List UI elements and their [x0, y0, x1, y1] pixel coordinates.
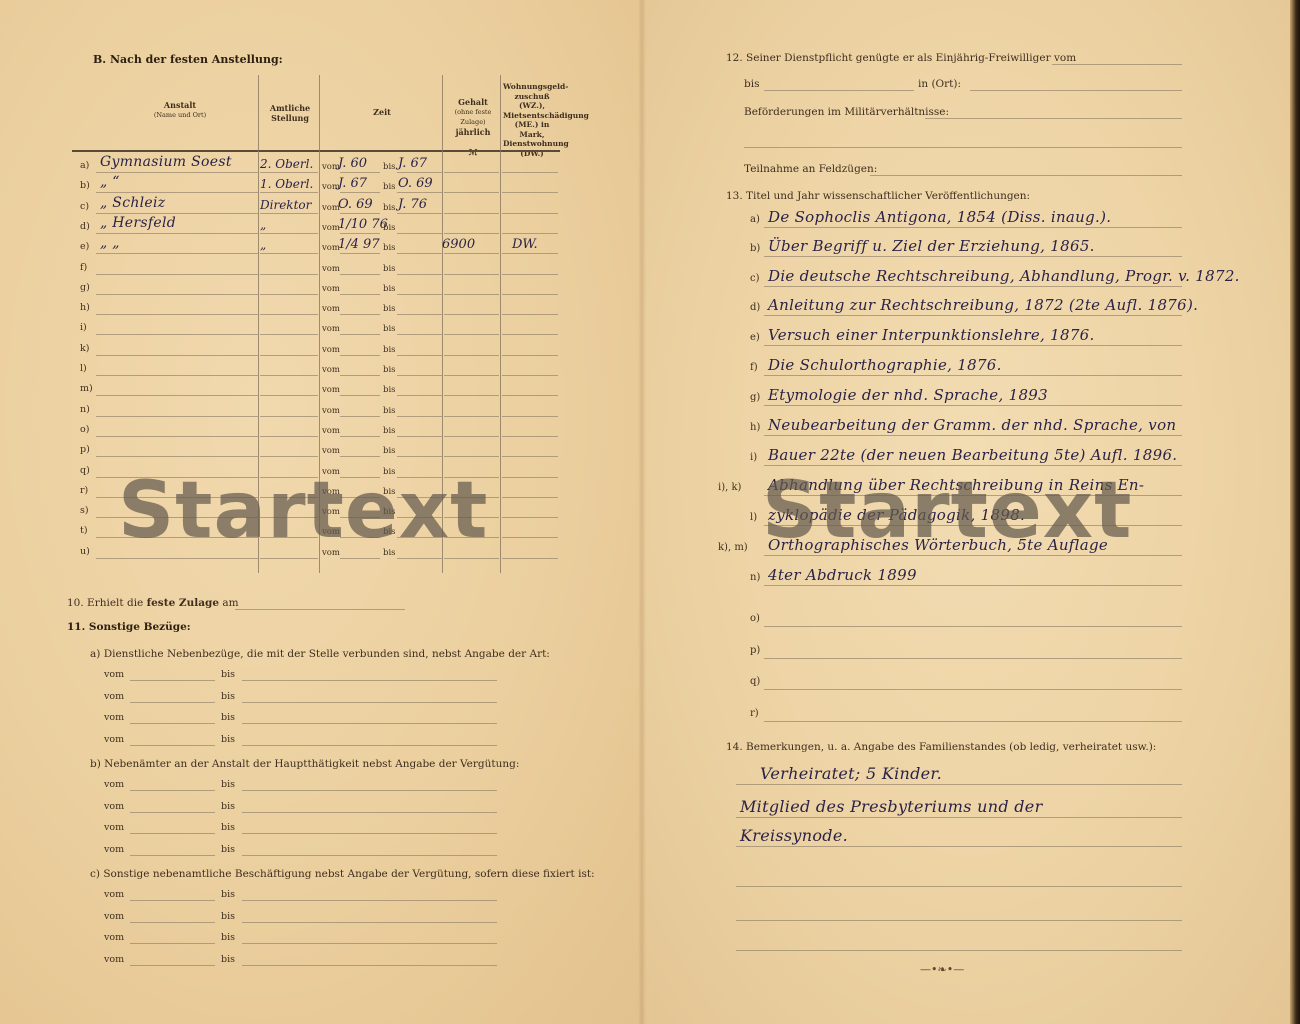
gehalt-field[interactable]: [444, 192, 499, 193]
bis-field[interactable]: [242, 812, 497, 813]
anstalt-field[interactable]: [96, 416, 258, 417]
col-anstalt-label: Anstalt: [164, 100, 196, 110]
bis-label: bis: [383, 304, 396, 314]
pub-label: i): [750, 452, 757, 463]
gehalt-field[interactable]: [444, 334, 499, 335]
item10-bold: feste Zulage: [147, 597, 219, 609]
bis-label: bis: [383, 406, 396, 416]
bis-label: bis: [383, 203, 396, 213]
item13-heading: 13. Titel und Jahr wissenschaftlicher Ve…: [726, 190, 1030, 202]
row-label: b): [80, 180, 90, 191]
gehalt-field[interactable]: [444, 253, 499, 254]
stellung-value: 2. Oberl.: [260, 157, 313, 171]
wohnung-field[interactable]: [502, 314, 558, 315]
vom-label: vom: [104, 889, 124, 900]
stellung-field[interactable]: [260, 314, 318, 315]
row-label: h): [80, 302, 90, 313]
stellung-field[interactable]: [260, 334, 318, 335]
wohnung-field[interactable]: [502, 213, 558, 214]
anstalt-value: Gymnasium Soest: [100, 154, 232, 170]
anstalt-value: „ “: [100, 174, 120, 190]
col-zeit-header: Zeit: [322, 107, 442, 117]
befoerderungen-field[interactable]: [925, 118, 1182, 119]
bis-label: bis: [383, 345, 396, 355]
pub-field[interactable]: [764, 435, 1182, 436]
bis-field[interactable]: [242, 790, 497, 791]
vom-field[interactable]: [340, 233, 380, 234]
vom-label: vom: [104, 734, 124, 745]
pub-value: Bauer 22te (der neuen Bearbeitung 5te) A…: [768, 446, 1177, 464]
anstalt-field[interactable]: [96, 253, 258, 254]
pub-label: g): [750, 392, 760, 403]
vom-field[interactable]: [130, 723, 215, 724]
vom-field[interactable]: [340, 416, 380, 417]
anstalt-field[interactable]: [96, 395, 258, 396]
bis-field[interactable]: [242, 922, 497, 923]
col-wohnung-header: Wohnungsgeld-zuschuß (WZ.), Mietsentschä…: [503, 82, 561, 158]
col-stellung-header: Amtliche Stellung: [262, 103, 318, 123]
item12-ort-label: in (Ort):: [918, 78, 961, 90]
vom-field[interactable]: [130, 922, 215, 923]
anstalt-field[interactable]: [96, 192, 258, 193]
pub-value: Etymologie der nhd. Sprache, 1893: [768, 386, 1048, 404]
bis-label: bis: [383, 426, 396, 436]
bis-label: bis: [221, 932, 235, 943]
wohnung-field[interactable]: [502, 497, 558, 498]
pub-label: a): [750, 214, 760, 225]
vom-field[interactable]: [340, 213, 380, 214]
item10-prefix: 10. Erhielt die: [67, 597, 147, 609]
wohnung-value: DW.: [512, 237, 538, 252]
vom-label: vom: [322, 284, 340, 294]
pub-label: q): [750, 676, 760, 687]
bis-label: bis: [221, 954, 235, 965]
anstalt-field[interactable]: [96, 436, 258, 437]
pub-label: r): [750, 708, 759, 719]
bis-field[interactable]: [242, 702, 497, 703]
bis-label: bis: [221, 844, 235, 855]
wohnung-field[interactable]: [502, 456, 558, 457]
pub-field[interactable]: [764, 626, 1182, 627]
page-gutter: [638, 0, 646, 1024]
item12-line1: 12. Seiner Dienstpflicht genügte er als …: [726, 52, 1076, 64]
wohnung-field[interactable]: [502, 416, 558, 417]
vom-label: vom: [104, 844, 124, 855]
feldzuege-field[interactable]: [870, 175, 1182, 176]
item12-bis-field[interactable]: [764, 90, 914, 91]
bis-field[interactable]: [242, 833, 497, 834]
vom-label: vom: [322, 345, 340, 355]
anstalt-field[interactable]: [96, 213, 258, 214]
pub-field[interactable]: [764, 315, 1182, 316]
vom-field[interactable]: [130, 943, 215, 944]
pub-label: n): [750, 572, 760, 583]
item10-field[interactable]: [235, 609, 405, 610]
wohnung-field[interactable]: [502, 334, 558, 335]
vom-label: vom: [322, 446, 340, 456]
bis-label: bis: [383, 324, 396, 334]
vom-field[interactable]: [130, 702, 215, 703]
vom-field[interactable]: [130, 812, 215, 813]
bis-value: O. 69: [398, 176, 433, 191]
anstalt-field[interactable]: [96, 375, 258, 376]
pub-label: b): [750, 243, 760, 254]
bis-field[interactable]: [397, 375, 442, 376]
pub-value: Versuch einer Interpunktionslehre, 1876.: [768, 326, 1095, 344]
bis-label: bis: [383, 264, 396, 274]
anstalt-field[interactable]: [96, 355, 258, 356]
bis-label: bis: [221, 669, 235, 680]
stellung-field[interactable]: [260, 436, 318, 437]
stellung-field[interactable]: [260, 558, 318, 559]
anstalt-field[interactable]: [96, 172, 258, 173]
stellung-field[interactable]: [260, 233, 318, 234]
stellung-value: „: [260, 238, 266, 252]
vom-field[interactable]: [130, 680, 215, 681]
vom-field[interactable]: [130, 965, 215, 966]
item10-label: 10. Erhielt die feste Zulage am: [67, 597, 239, 609]
bis-field[interactable]: [397, 416, 442, 417]
stellung-field[interactable]: [260, 253, 318, 254]
vom-field[interactable]: [340, 294, 380, 295]
bis-field[interactable]: [397, 395, 442, 396]
pub-value: De Sophoclis Antigona, 1854 (Diss. inaug…: [768, 208, 1111, 226]
stellung-value: „: [260, 218, 266, 232]
gehalt-field[interactable]: [444, 416, 499, 417]
vom-label: vom: [104, 801, 124, 812]
wohnung-field[interactable]: [502, 172, 558, 173]
row-label: m): [80, 383, 93, 394]
pub-label: e): [750, 332, 760, 343]
bis-field[interactable]: [242, 943, 497, 944]
pub-field[interactable]: [764, 375, 1182, 376]
bis-field[interactable]: [242, 745, 497, 746]
anstalt-value: „ Schleiz: [100, 195, 165, 211]
item14-heading: 14. Bemerkungen, u. a. Angabe des Famili…: [726, 741, 1156, 753]
anstalt-field[interactable]: [96, 456, 258, 457]
stellung-field[interactable]: [260, 416, 318, 417]
gehalt-field[interactable]: [444, 172, 499, 173]
pub-field[interactable]: [764, 227, 1182, 228]
bis-field[interactable]: [397, 274, 442, 275]
vom-label: vom: [104, 712, 124, 723]
item11a-label: a) Dienstliche Nebenbezüge, die mit der …: [90, 648, 550, 660]
feldzuege-label: Teilnahme an Feldzügen:: [744, 163, 877, 175]
bis-field[interactable]: [397, 253, 442, 254]
vom-field[interactable]: [340, 253, 380, 254]
stellung-field[interactable]: [260, 395, 318, 396]
bis-field[interactable]: [397, 192, 442, 193]
vom-label: vom: [104, 669, 124, 680]
gehalt-field[interactable]: [444, 294, 499, 295]
gehalt-field[interactable]: [444, 274, 499, 275]
gehalt-field[interactable]: [444, 456, 499, 457]
row-label: a): [80, 160, 89, 171]
anstalt-field[interactable]: [96, 558, 258, 559]
vom-field[interactable]: [340, 172, 380, 173]
bis-label: bis: [383, 446, 396, 456]
gehalt-field[interactable]: [444, 375, 499, 376]
pub-label: f): [750, 362, 758, 373]
row-label: p): [80, 444, 90, 455]
row-label: u): [80, 546, 90, 557]
vom-label: vom: [104, 932, 124, 943]
pub-field[interactable]: [764, 658, 1182, 659]
bis-label: bis: [383, 162, 396, 172]
pub-value: Die deutsche Rechtschreibung, Abhandlung…: [768, 267, 1240, 285]
vom-label: vom: [322, 324, 340, 334]
col-gehalt-yearly: jährlich: [456, 127, 491, 137]
vom-label: vom: [322, 385, 340, 395]
stellung-value: Direktor: [260, 198, 311, 212]
bis-field[interactable]: [397, 334, 442, 335]
gehalt-field[interactable]: [444, 213, 499, 214]
wohnung-field[interactable]: [502, 537, 558, 538]
wohnung-field[interactable]: [502, 192, 558, 193]
gehalt-field[interactable]: [444, 395, 499, 396]
header-rule: [72, 150, 560, 152]
bis-field[interactable]: [242, 855, 497, 856]
stellung-field[interactable]: [260, 294, 318, 295]
bis-label: bis: [221, 801, 235, 812]
bis-label: bis: [383, 365, 396, 375]
bis-field[interactable]: [397, 233, 442, 234]
remarks-field[interactable]: [736, 886, 1182, 887]
befoerderungen-field-2[interactable]: [744, 147, 1182, 148]
bis-label: bis: [383, 182, 396, 192]
remarks-value: Mitglied des Presbyteriums und der: [740, 797, 1043, 816]
vom-label: vom: [322, 426, 340, 436]
vom-field[interactable]: [130, 900, 215, 901]
item12-ort-field[interactable]: [970, 90, 1182, 91]
remarks-value: Kreissynode.: [740, 826, 848, 845]
row-label: f): [80, 262, 87, 273]
bis-label: bis: [383, 284, 396, 294]
bis-field[interactable]: [397, 294, 442, 295]
vom-field[interactable]: [340, 436, 380, 437]
gehalt-field[interactable]: [444, 558, 499, 559]
vom-field[interactable]: [340, 334, 380, 335]
bis-label: bis: [383, 385, 396, 395]
pub-value: Neubearbeitung der Gramm. der nhd. Sprac…: [768, 416, 1176, 434]
vom-label: vom: [322, 264, 340, 274]
bis-label: bis: [221, 779, 235, 790]
vom-field[interactable]: [340, 558, 380, 559]
vom-field[interactable]: [340, 375, 380, 376]
stellung-field[interactable]: [260, 355, 318, 356]
pub-value: Anleitung zur Rechtschreibung, 1872 (2te…: [768, 296, 1198, 314]
gehalt-field[interactable]: [444, 233, 499, 234]
bis-label: bis: [221, 734, 235, 745]
pub-label: l): [750, 512, 757, 523]
bis-label: bis: [221, 889, 235, 900]
anstalt-field[interactable]: [96, 294, 258, 295]
bis-field[interactable]: [242, 900, 497, 901]
row-label: c): [80, 201, 89, 212]
vom-value: J. 67: [338, 176, 367, 191]
item11-heading: 11. Sonstige Bezüge:: [67, 621, 191, 633]
stellung-field[interactable]: [260, 192, 318, 193]
watermark-right: Startext: [762, 472, 1132, 550]
item12-bis-label: bis: [744, 78, 759, 90]
bis-field[interactable]: [397, 355, 442, 356]
vom-label: vom: [104, 779, 124, 790]
anstalt-value: „ Hersfeld: [100, 215, 176, 231]
bis-field[interactable]: [397, 558, 442, 559]
vom-field[interactable]: [130, 833, 215, 834]
vom-label: vom: [322, 304, 340, 314]
stellung-field[interactable]: [260, 213, 318, 214]
anstalt-field[interactable]: [96, 334, 258, 335]
vom-field[interactable]: [340, 192, 380, 193]
bis-field[interactable]: [397, 314, 442, 315]
vom-value: 1/4 97: [338, 237, 380, 252]
bis-field[interactable]: [397, 213, 442, 214]
vom-value: 1/10 76: [338, 217, 388, 232]
bis-field[interactable]: [397, 456, 442, 457]
wohnung-field[interactable]: [502, 477, 558, 478]
bis-field[interactable]: [242, 965, 497, 966]
pub-value: Die Schulorthographie, 1876.: [768, 356, 1002, 374]
wohnung-field[interactable]: [502, 294, 558, 295]
col-gehalt-header: Gehalt (ohne feste Zulage) jährlich ℳ: [444, 97, 502, 157]
col-anstalt-sub: (Name und Ort): [100, 110, 260, 120]
bis-value: J. 76: [398, 197, 427, 212]
section-b-heading: B. Nach der festen Anstellung:: [93, 53, 283, 66]
anstalt-value: „ „: [100, 235, 120, 251]
pub-field[interactable]: [764, 256, 1182, 257]
bis-label: bis: [383, 243, 396, 253]
pub-value: 4ter Abdruck 1899: [768, 566, 917, 584]
wohnung-field[interactable]: [502, 558, 558, 559]
vom-value: O. 69: [338, 197, 373, 212]
row-label: i): [80, 322, 87, 333]
bis-label: bis: [221, 712, 235, 723]
vom-field[interactable]: [340, 355, 380, 356]
col-anstalt-header: Anstalt (Name und Ort): [100, 100, 260, 120]
vom-field[interactable]: [340, 395, 380, 396]
row-label: d): [80, 221, 90, 232]
remarks-field[interactable]: [736, 817, 1182, 818]
pub-field[interactable]: [764, 286, 1182, 287]
pub-label: p): [750, 645, 760, 656]
wohnung-field[interactable]: [502, 355, 558, 356]
bis-label: bis: [221, 822, 235, 833]
item12-vom-field[interactable]: [1052, 64, 1182, 65]
item11c-label: c) Sonstige nebenamtliche Beschäftigung …: [90, 868, 595, 880]
item11b-label: b) Nebenämter an der Anstalt der Hauptth…: [90, 758, 519, 770]
row-label: r): [80, 485, 88, 496]
pub-label: h): [750, 422, 760, 433]
wohnung-field[interactable]: [502, 436, 558, 437]
row-label: n): [80, 404, 90, 415]
pub-field[interactable]: [764, 345, 1182, 346]
vom-field[interactable]: [340, 274, 380, 275]
row-label: k): [80, 343, 89, 354]
vom-label: vom: [104, 954, 124, 965]
wohnung-field[interactable]: [502, 274, 558, 275]
vom-field[interactable]: [130, 855, 215, 856]
mark-symbol: ℳ: [469, 147, 478, 157]
gehalt-field[interactable]: [444, 355, 499, 356]
row-label: q): [80, 465, 90, 476]
wohnung-field[interactable]: [502, 517, 558, 518]
pub-field[interactable]: [764, 721, 1182, 722]
wohnung-field[interactable]: [502, 375, 558, 376]
pub-field[interactable]: [764, 405, 1182, 406]
vom-field[interactable]: [130, 790, 215, 791]
remarks-value: Verheiratet; 5 Kinder.: [760, 764, 942, 783]
row-label: l): [80, 363, 87, 374]
stellung-value: 1. Oberl.: [260, 177, 313, 191]
stellung-field[interactable]: [260, 456, 318, 457]
vom-label: vom: [322, 365, 340, 375]
col-gehalt-sub: (ohne feste Zulage): [444, 107, 502, 127]
vom-label: vom: [104, 691, 124, 702]
stellung-field[interactable]: [260, 375, 318, 376]
pub-value: Über Begriff u. Ziel der Erziehung, 1865…: [768, 237, 1095, 255]
row-label: t): [80, 525, 88, 536]
remarks-field[interactable]: [736, 784, 1182, 785]
row-label: e): [80, 241, 89, 252]
vom-label: vom: [322, 406, 340, 416]
bis-label: bis: [221, 911, 235, 922]
vom-label: vom: [104, 822, 124, 833]
pub-field[interactable]: [764, 689, 1182, 690]
stellung-field[interactable]: [260, 274, 318, 275]
ornament-divider: —•❧•—: [920, 963, 964, 976]
anstalt-field[interactable]: [96, 314, 258, 315]
remarks-field[interactable]: [736, 920, 1182, 921]
pub-label: o): [750, 613, 760, 624]
col-divider: [500, 75, 501, 573]
page-edge: [1290, 0, 1300, 1024]
bis-field[interactable]: [397, 436, 442, 437]
vom-field[interactable]: [340, 314, 380, 315]
bis-field[interactable]: [242, 723, 497, 724]
pub-label: d): [750, 302, 760, 313]
wohnung-field[interactable]: [502, 253, 558, 254]
bis-label: bis: [221, 691, 235, 702]
vom-field[interactable]: [340, 456, 380, 457]
row-label: g): [80, 282, 90, 293]
row-label: s): [80, 505, 89, 516]
pub-field[interactable]: [764, 585, 1182, 586]
pub-label: c): [750, 273, 760, 284]
pub-label: k), m): [718, 542, 748, 553]
bis-value: J. 67: [398, 156, 427, 171]
bis-field[interactable]: [242, 680, 497, 681]
anstalt-field[interactable]: [96, 233, 258, 234]
item10-suffix: am: [219, 597, 239, 609]
wohnung-field[interactable]: [502, 233, 558, 234]
gehalt-field[interactable]: [444, 314, 499, 315]
remarks-field[interactable]: [736, 846, 1182, 847]
wohnung-field[interactable]: [502, 395, 558, 396]
vom-field[interactable]: [130, 745, 215, 746]
pub-label: i), k): [718, 482, 741, 493]
watermark-left: Startext: [118, 472, 488, 550]
row-label: o): [80, 424, 89, 435]
col-gehalt-label: Gehalt: [458, 97, 488, 107]
bis-field[interactable]: [397, 172, 442, 173]
stellung-field[interactable]: [260, 172, 318, 173]
remarks-field[interactable]: [736, 950, 1182, 951]
vom-label: vom: [104, 911, 124, 922]
anstalt-field[interactable]: [96, 274, 258, 275]
gehalt-field[interactable]: [444, 436, 499, 437]
befoerderungen-label: Beförderungen im Militärverhältnisse:: [744, 106, 949, 118]
